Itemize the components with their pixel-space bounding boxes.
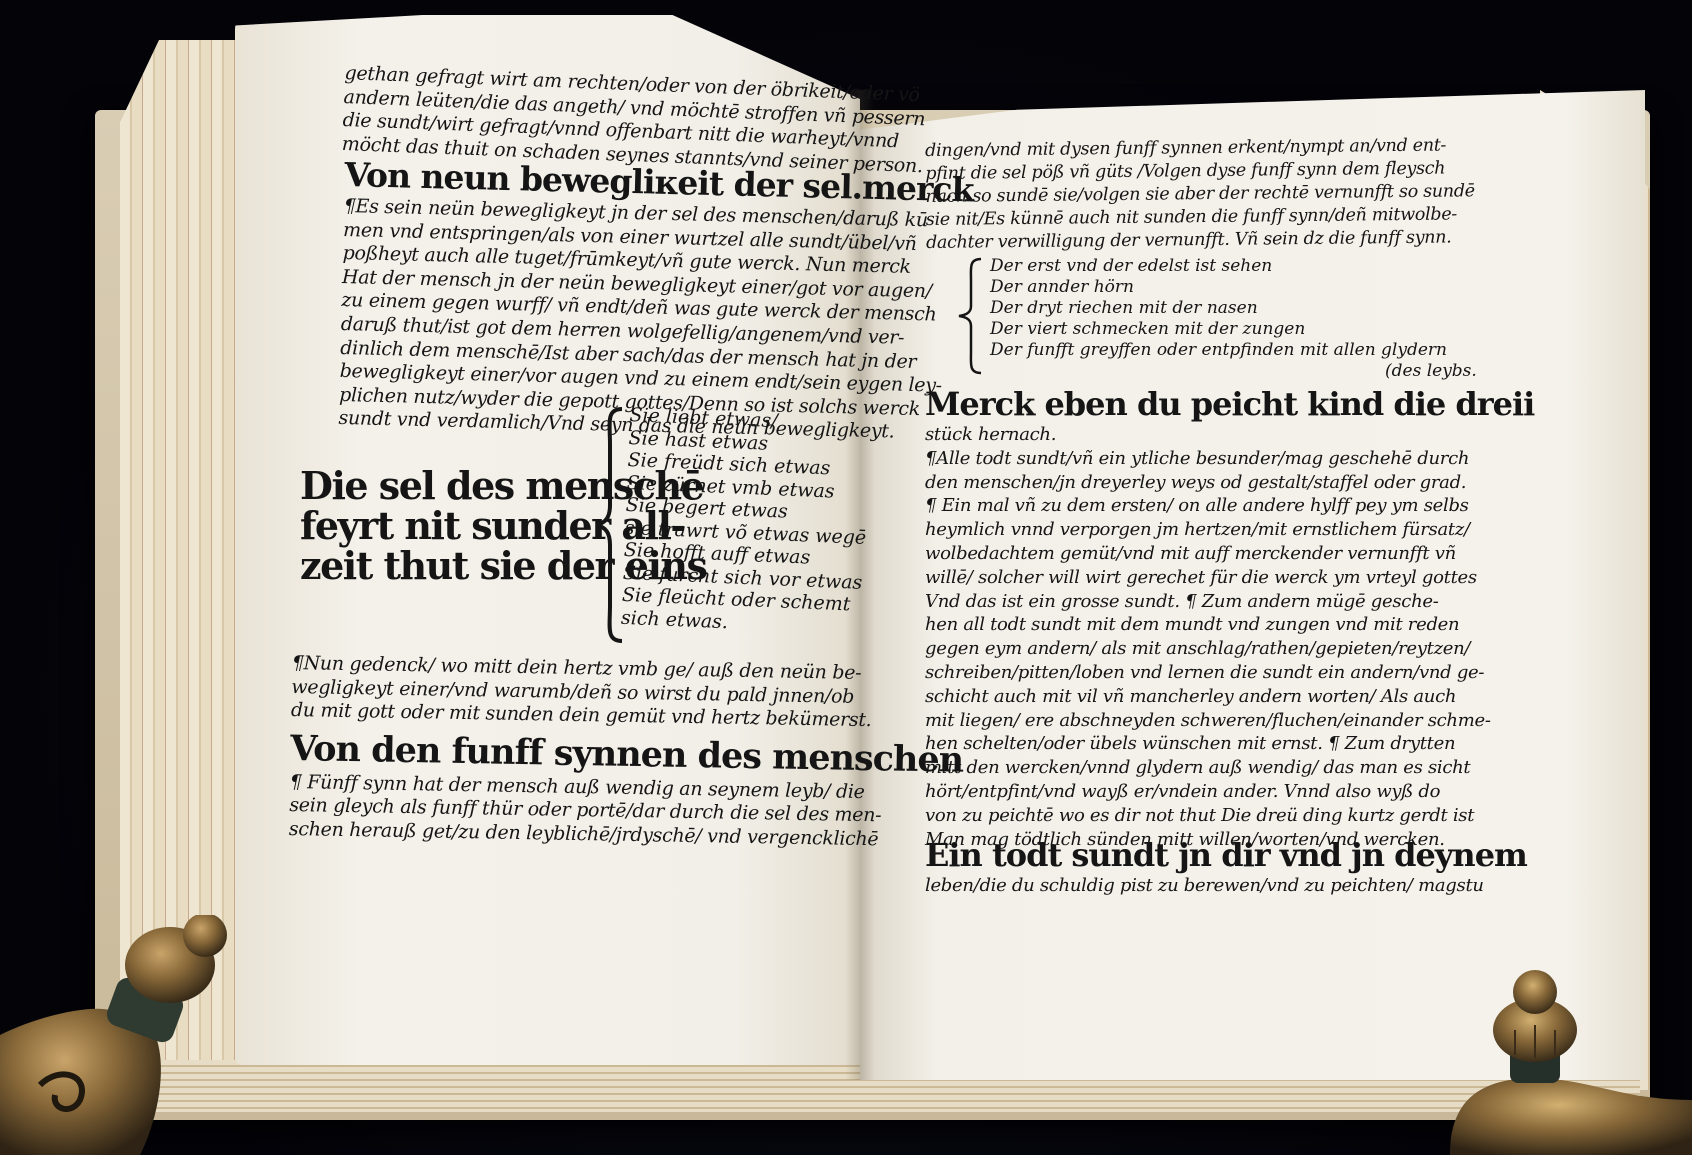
text-line: schicht auch mit vil vñ mancherley ander… <box>925 685 1534 709</box>
text-line: heymlich vnnd verporgen jm hertzen/mit e… <box>925 518 1534 542</box>
text-line: ¶ Ein mal vñ zu dem ersten/ on alle ande… <box>925 494 1534 518</box>
list-item: Der dryt riechen mit der nasen <box>990 298 1477 319</box>
brass-page-clip-left <box>0 915 240 1155</box>
brass-page-clip-right <box>1420 970 1692 1155</box>
text-line: hen schelten/oder übels wünschen mit ern… <box>925 732 1534 756</box>
list-item: Der funfft greyffen oder entpfinden mit … <box>990 340 1477 361</box>
right-section-confession: Merck eben du peicht kind die dreii stüc… <box>925 385 1534 851</box>
text-line: von zu peichtē wo es dir not thut Die dr… <box>925 804 1534 828</box>
list-item: Der erst vnd der edelst ist sehen <box>990 256 1477 277</box>
list-item: (des leybs. <box>990 361 1477 382</box>
right-intro-paragraph: dingen/vnd mit dysen funff synnen erkent… <box>925 134 1475 255</box>
section-heading: Ein todt sundt jn dir vnd jn deynem <box>925 836 1527 874</box>
text-line: mitt den wercken/vnnd glydern auß wendig… <box>925 756 1534 780</box>
text-line: Vnd das ist ein grosse sundt. ¶ Zum ande… <box>925 590 1534 614</box>
left-section-nine-movements: Von neun bewegliкeit der sel.merck ¶Es s… <box>338 155 974 446</box>
nine-movements-list: Sie liebt etwas/ Sie hast etwas Sie freü… <box>621 404 872 639</box>
list-item: Der viert schmecken mit der zungen <box>990 319 1477 340</box>
text-line: leben/die du schuldig pist zu berewen/vn… <box>925 874 1527 897</box>
text-line: hen all todt sundt mit dem mundt vnd zun… <box>925 613 1534 637</box>
text-line: schreiben/pitten/loben vnd lernen die su… <box>925 661 1534 685</box>
section-heading: Merck eben du peicht kind die dreii <box>925 385 1534 423</box>
list-item: Der annder hörn <box>990 277 1477 298</box>
text-line: gegen eym andern/ als mit anschlag/rathe… <box>925 637 1534 661</box>
five-senses-list: Der erst vnd der edelst ist sehen Der an… <box>990 256 1477 382</box>
text-line: ¶Alle todt sundt/vñ ein ytliche besunder… <box>925 447 1534 471</box>
text-line: stück hernach. <box>925 423 1534 447</box>
text-line: hört/entpfint/vnd wayß er/vndein ander. … <box>925 780 1534 804</box>
text-line: mit liegen/ ere abschneyden schweren/flu… <box>925 709 1534 733</box>
left-section-five-senses: ¶Nun gedenck/ wo mitt dein hertz vmb ge/… <box>289 652 965 853</box>
text-line: willē/ solcher will wirt gerechet für di… <box>925 566 1534 590</box>
text-line: den menschen/jn dreyerley weys od gestal… <box>925 471 1534 495</box>
photo-background: gethan gefragt wirt am rechten/oder von … <box>0 0 1692 1155</box>
right-section-mortal-sin: Ein todt sundt jn dir vnd jn deynem lebe… <box>925 836 1527 897</box>
curly-brace-icon <box>955 256 985 376</box>
text-line: wolbedachtem gemüt/vnd mit auff merckend… <box>925 542 1534 566</box>
